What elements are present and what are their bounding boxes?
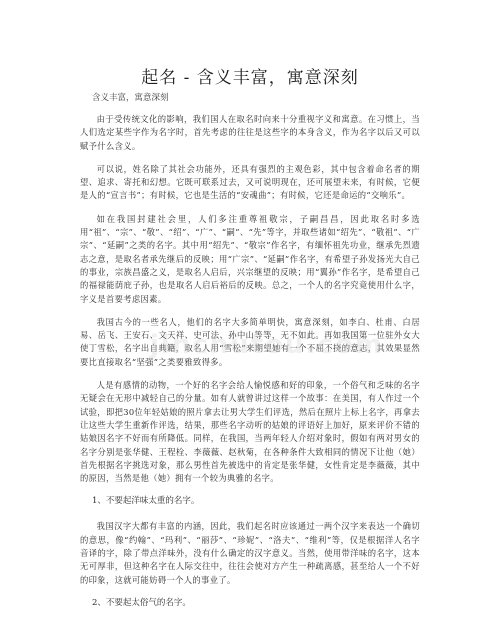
- document-subtitle: 含义丰富，寓意深刻: [92, 91, 169, 103]
- paragraph-meaning: 可以说，姓名除了其社会功能外，还具有强烈的主观色彩，其中包含着命名者的期望、追求…: [80, 163, 420, 203]
- paragraph-intro: 由于受传统文化的影响，我们国人在取名时向来十分重视字义和寓意。在习惯上，当人们选…: [80, 113, 420, 153]
- section-heading-2: 2、不要起太俗气的名字。: [80, 597, 420, 610]
- paragraph-foreign-names: 我国汉字大都有丰富的内涵，因此，我们起名时应该通过一两个汉字来表达一个确切的意思…: [80, 520, 420, 586]
- paragraph-feudal-era: 如在我国封建社会里，人们多注重尊祖敬宗，子嗣昌昌，因此取名时多选用“祖”、“宗”…: [80, 213, 420, 306]
- paragraph-famous-people: 我国古今的一些名人，他们的名字大多简单明快，寓意深刻，如李白、杜甫、白居易、岳飞…: [80, 316, 420, 369]
- document-title: 起名 - 含义丰富，寓意深刻: [0, 63, 500, 88]
- document-page: 起名 - 含义丰富，寓意深刻 含义丰富，寓意深刻 由于受传统文化的影响，我们国人…: [0, 0, 500, 637]
- paragraph-impression: 人是有感情的动物，一个好的名字会给人愉悦感和好的印象，一个俗气和乏味的名字无疑会…: [80, 379, 420, 485]
- section-heading-1: 1、不要起洋味太重的名字。: [80, 495, 420, 508]
- document-body: 由于受传统文化的影响，我们国人在取名时向来十分重视字义和寓意。在习惯上，当人们选…: [80, 113, 420, 622]
